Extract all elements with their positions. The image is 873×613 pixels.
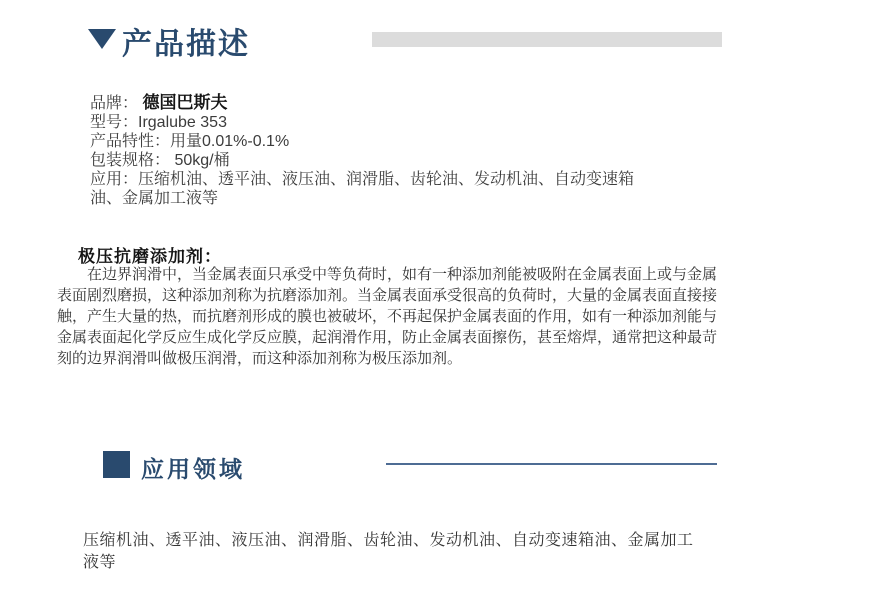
brand-value: 德国巴斯夫 bbox=[142, 93, 227, 112]
product-detail-page: 产品描述 品牌： 德国巴斯夫 型号：Irgalube 353 产品特性：用量0.… bbox=[0, 0, 873, 613]
additive-paragraph: 在边界润滑中，当金属表面只承受中等负荷时，如有一种添加剂能被吸附在金属表面上或与… bbox=[57, 264, 717, 369]
packaging-row: 包装规格： 50kg/桶 bbox=[90, 151, 710, 170]
application-content: 压缩机油、透平油、液压油、润滑脂、齿轮油、发动机油、自动变速箱油、金属加工 液等 bbox=[83, 530, 743, 574]
feature-row: 产品特性：用量0.01%-0.1% bbox=[90, 132, 710, 151]
application-row: 应用：压缩机油、透平油、液压油、润滑脂、齿轮油、发动机油、自动变速箱 油、金属加… bbox=[90, 170, 710, 208]
product-description-title: 产品描述 bbox=[122, 19, 250, 63]
model-row: 型号：Irgalube 353 bbox=[90, 113, 710, 132]
application-section-title: 应用领域 bbox=[141, 451, 245, 484]
brand-row: 品牌： 德国巴斯夫 bbox=[90, 93, 710, 113]
triangle-down-icon bbox=[88, 29, 116, 49]
product-info: 品牌： 德国巴斯夫 型号：Irgalube 353 产品特性：用量0.01%-0… bbox=[90, 93, 710, 208]
header-divider-bar bbox=[372, 32, 722, 47]
brand-label: 品牌： bbox=[90, 95, 138, 112]
square-bullet-icon bbox=[103, 451, 130, 478]
section-divider-line bbox=[386, 463, 717, 465]
